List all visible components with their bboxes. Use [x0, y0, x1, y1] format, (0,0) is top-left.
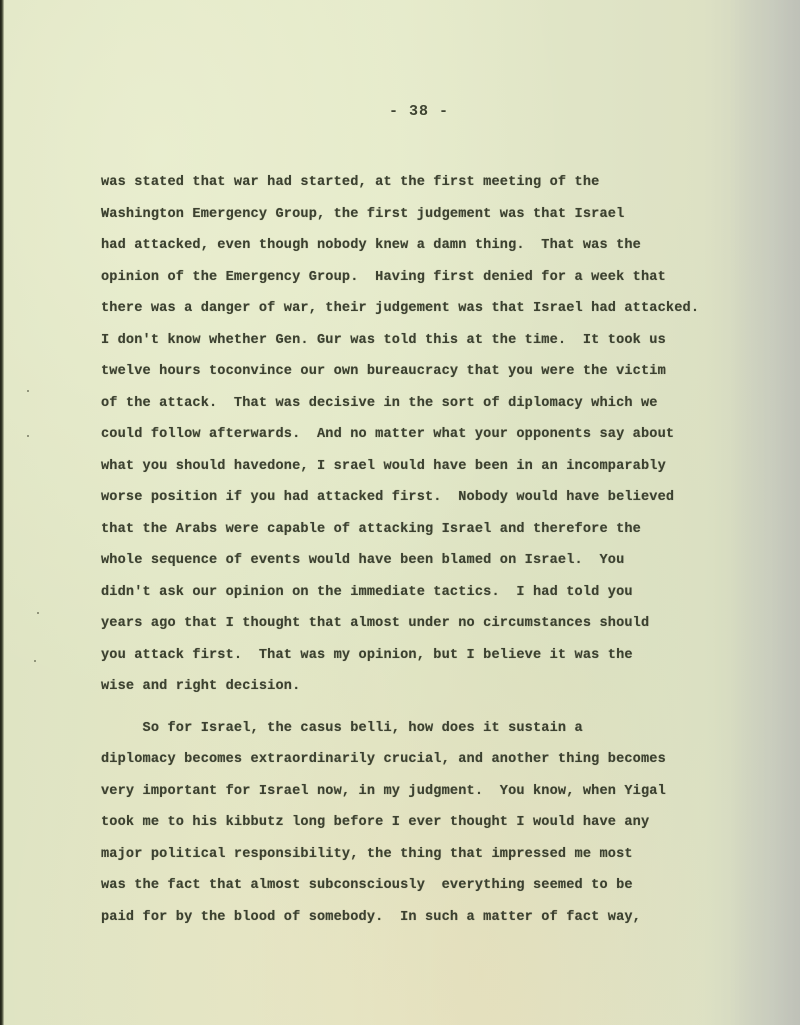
- paragraph: was stated that war had started, at the …: [101, 167, 800, 703]
- text-line: So for Israel, the casus belli, how does…: [101, 713, 800, 745]
- text-line: didn't ask our opinion on the immediate …: [101, 577, 800, 609]
- text-line: I don't know whether Gen. Gur was told t…: [101, 325, 800, 357]
- text-line: had attacked, even though nobody knew a …: [101, 230, 800, 262]
- text-line: worse position if you had attacked first…: [101, 482, 800, 514]
- text-line: opinion of the Emergency Group. Having f…: [101, 262, 800, 294]
- document-body: was stated that war had started, at the …: [101, 167, 800, 933]
- scan-speck: [37, 612, 39, 614]
- page-number: - 38 -: [0, 103, 800, 120]
- scan-speck: [27, 435, 29, 437]
- text-line: took me to his kibbutz long before I eve…: [101, 807, 800, 839]
- text-line: could follow afterwards. And no matter w…: [101, 419, 800, 451]
- text-line: twelve hours toconvince our own bureaucr…: [101, 356, 800, 388]
- text-line: was stated that war had started, at the …: [101, 167, 800, 199]
- text-line: was the fact that almost subconsciously …: [101, 870, 800, 902]
- scan-speck: [34, 660, 36, 662]
- text-line: years ago that I thought that almost und…: [101, 608, 800, 640]
- text-line: there was a danger of war, their judgeme…: [101, 293, 800, 325]
- text-line: diplomacy becomes extraordinarily crucia…: [101, 744, 800, 776]
- text-line: wise and right decision.: [101, 671, 800, 703]
- scanned-page: - 38 - was stated that war had started, …: [0, 0, 800, 1025]
- text-line: that the Arabs were capable of attacking…: [101, 514, 800, 546]
- text-line: Washington Emergency Group, the first ju…: [101, 199, 800, 231]
- text-line: major political responsibility, the thin…: [101, 839, 800, 871]
- scan-speck: [27, 390, 29, 392]
- text-line: you attack first. That was my opinion, b…: [101, 640, 800, 672]
- text-line: whole sequence of events would have been…: [101, 545, 800, 577]
- text-line: paid for by the blood of somebody. In su…: [101, 902, 800, 934]
- text-line: very important for Israel now, in my jud…: [101, 776, 800, 808]
- text-line: what you should havedone, I srael would …: [101, 451, 800, 483]
- paragraph: So for Israel, the casus belli, how does…: [101, 713, 800, 934]
- scan-edge-shadow: [0, 0, 4, 1025]
- text-line: of the attack. That was decisive in the …: [101, 388, 800, 420]
